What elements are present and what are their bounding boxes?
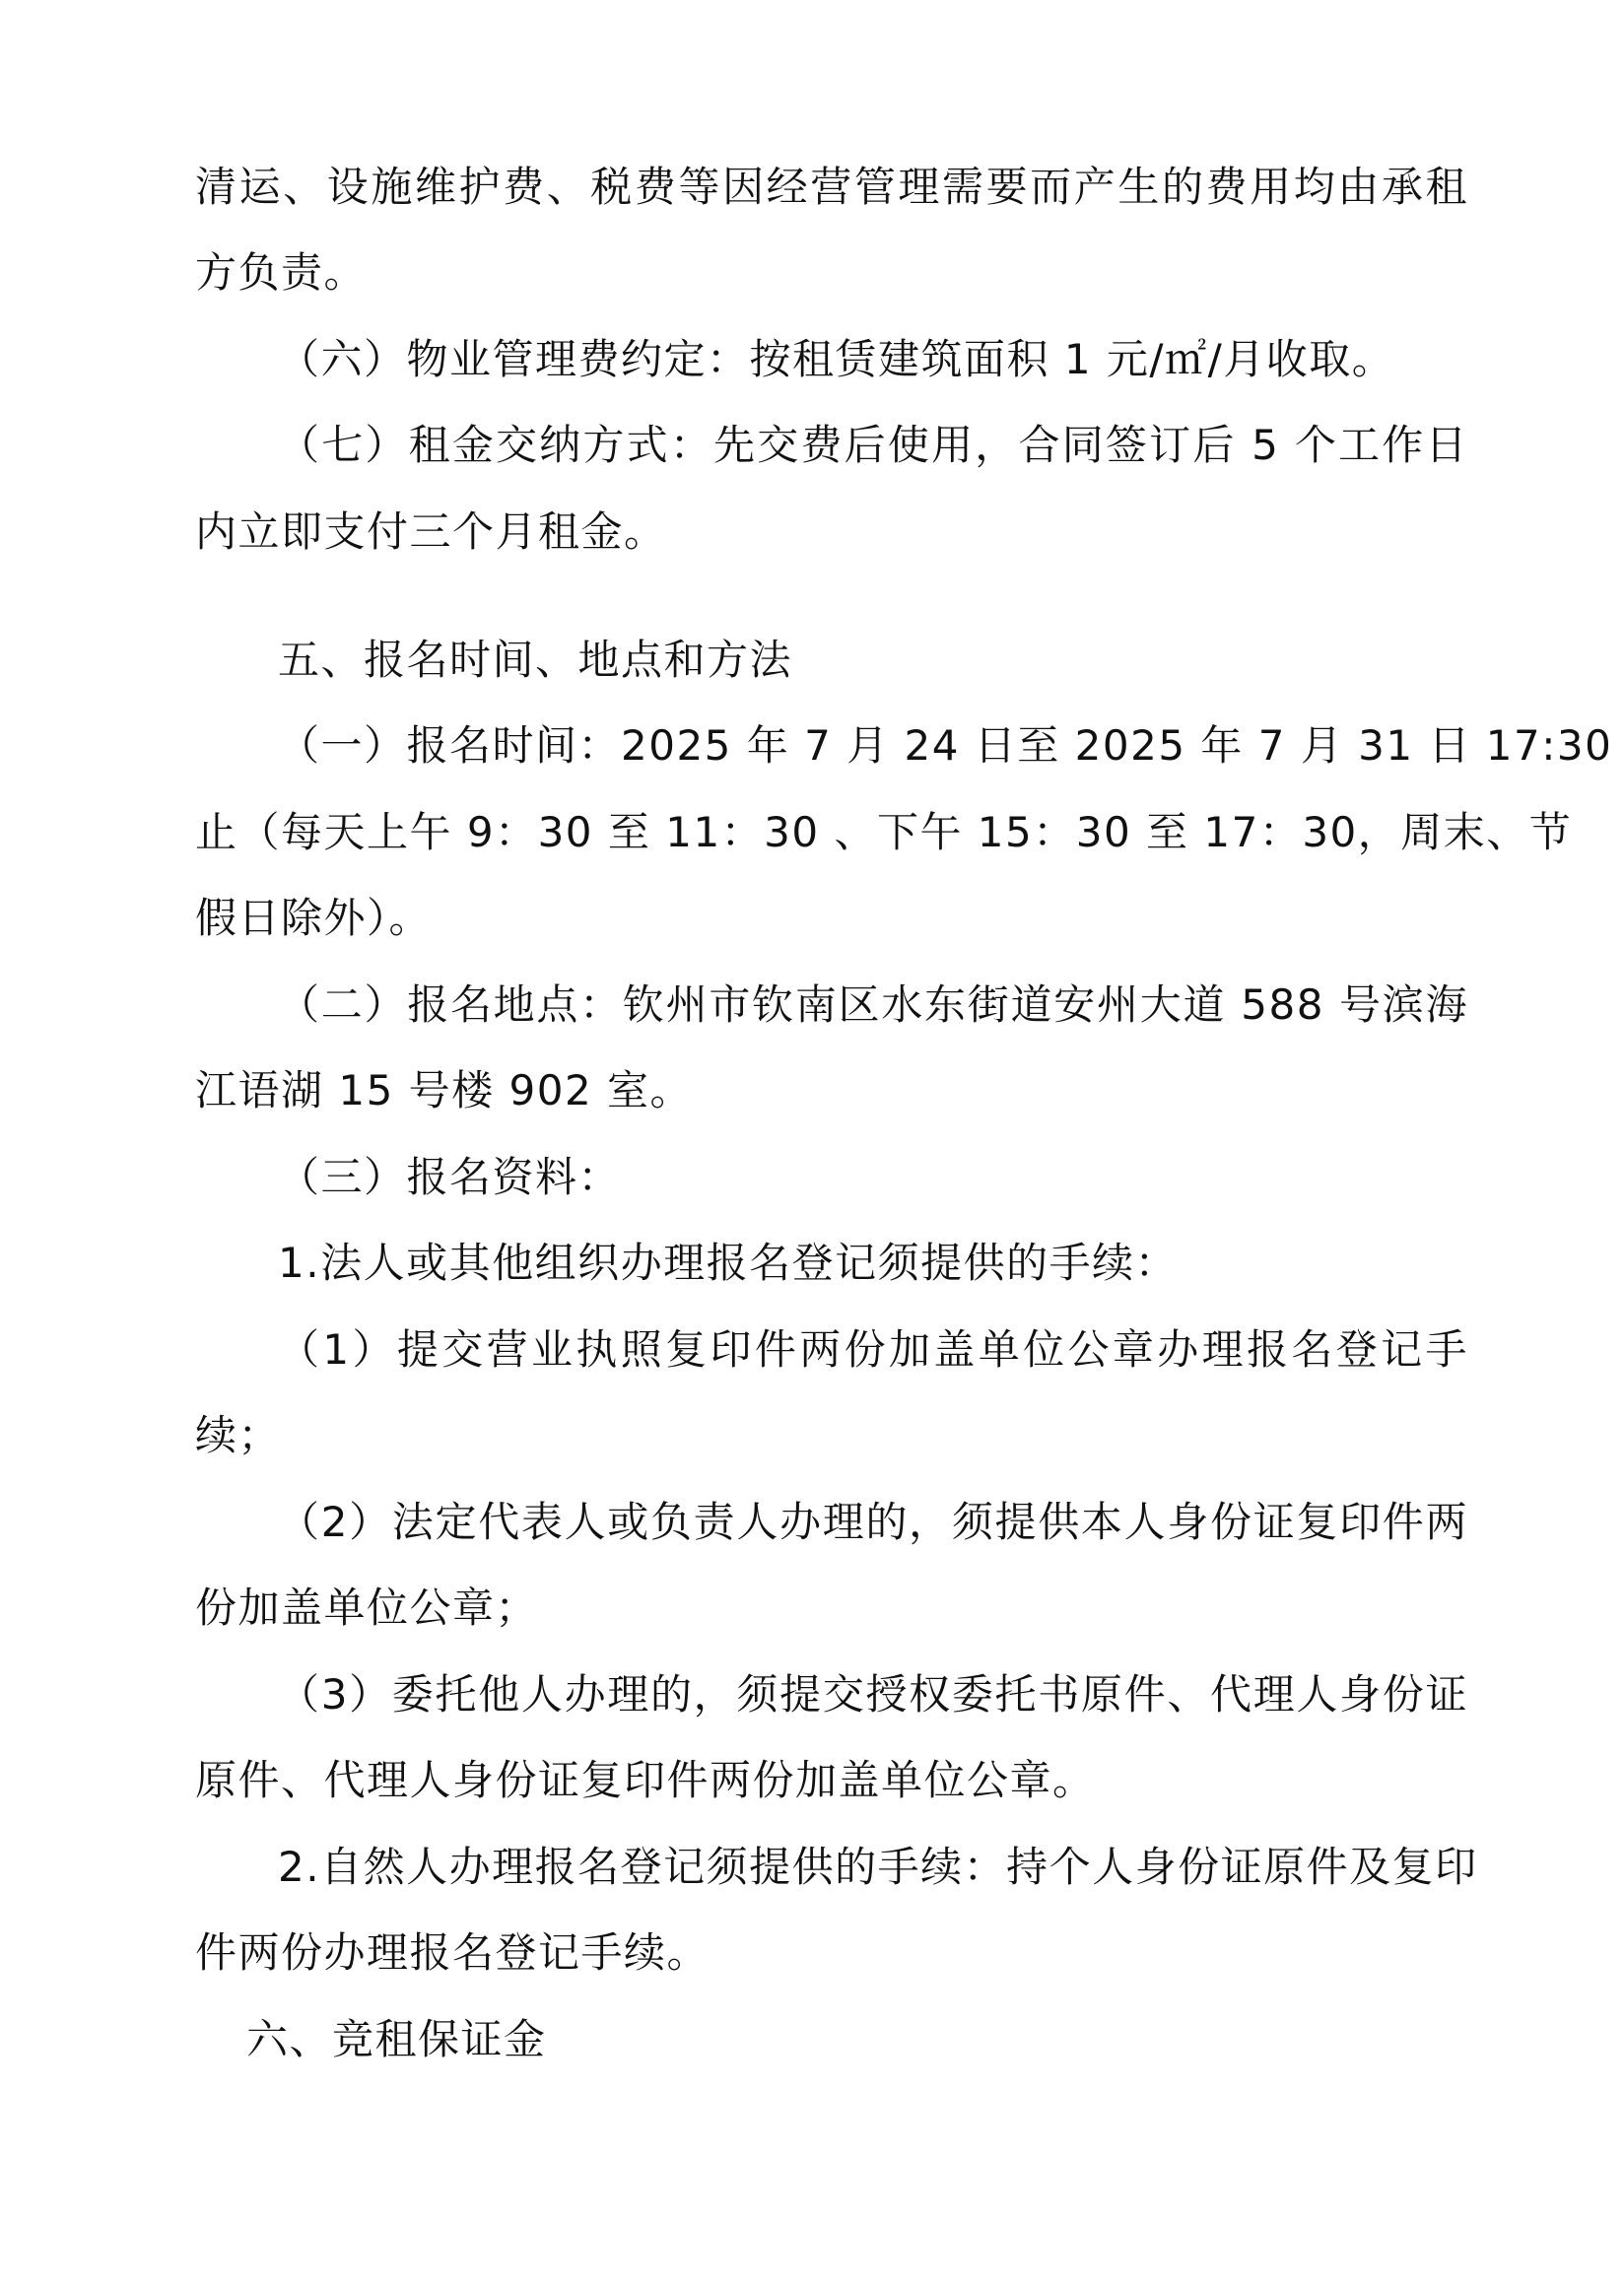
clause-property-fee: （六）物业管理费约定：按租赁建筑面积 1 元/㎡/月收取。 bbox=[278, 335, 1394, 384]
paragraph-line: 止（每天上午 9：30 至 11：30 、下午 15：30 至 17：30，周末… bbox=[195, 808, 1468, 857]
paragraph-line: 内立即支付三个月租金。 bbox=[195, 507, 667, 557]
clause-registration-materials: （三）报名资料： bbox=[278, 1153, 621, 1202]
paragraph-line: 假日除外）。 bbox=[195, 894, 432, 943]
sub-item-3: （3）委托他人办理的，须提交授权委托书原件、代理人身份证 bbox=[278, 1670, 1468, 1719]
paragraph-line: 方负责。 bbox=[195, 248, 367, 298]
clause-registration-location: （二）报名地点：钦州市钦南区水东街道安州大道 588 号滨海 bbox=[278, 980, 1468, 1030]
sub-item-1: （1）提交营业执照复印件两份加盖单位公章办理报名登记手 bbox=[278, 1325, 1468, 1375]
paragraph-line: 江语湖 15 号楼 902 室。 bbox=[195, 1066, 693, 1115]
paragraph-line: 续； bbox=[195, 1411, 281, 1460]
paragraph-line: 件两份办理报名登记手续。 bbox=[195, 1928, 710, 1978]
sub-item-2: （2）法定代表人或负责人办理的，须提供本人身份证复印件两 bbox=[278, 1498, 1468, 1547]
section-heading-registration: 五、报名时间、地点和方法 bbox=[278, 636, 792, 685]
item-natural-person: 2.自然人办理报名登记须提供的手续：持个人身份证原件及复印 bbox=[278, 1843, 1468, 1892]
document-page: 清运、设施维护费、税费等因经营管理需要而产生的费用均由承租 方负责。 （六）物业… bbox=[0, 0, 1624, 2292]
section-heading-deposit: 六、竞租保证金 bbox=[246, 2015, 547, 2064]
paragraph-line: 原件、代理人身份证复印件两份加盖单位公章。 bbox=[195, 1756, 1096, 1805]
paragraph-line: 份加盖单位公章； bbox=[195, 1584, 538, 1633]
paragraph-line: 清运、设施维护费、税费等因经营管理需要而产生的费用均由承租 bbox=[195, 163, 1468, 212]
clause-registration-time: （一）报名时间：2025 年 7 月 24 日至 2025 年 7 月 31 日… bbox=[278, 721, 1468, 771]
clause-rent-payment: （七）租金交纳方式：先交费后使用，合同签订后 5 个工作日 bbox=[278, 421, 1468, 470]
item-legal-entity: 1.法人或其他组织办理报名登记须提供的手续： bbox=[278, 1239, 1178, 1288]
